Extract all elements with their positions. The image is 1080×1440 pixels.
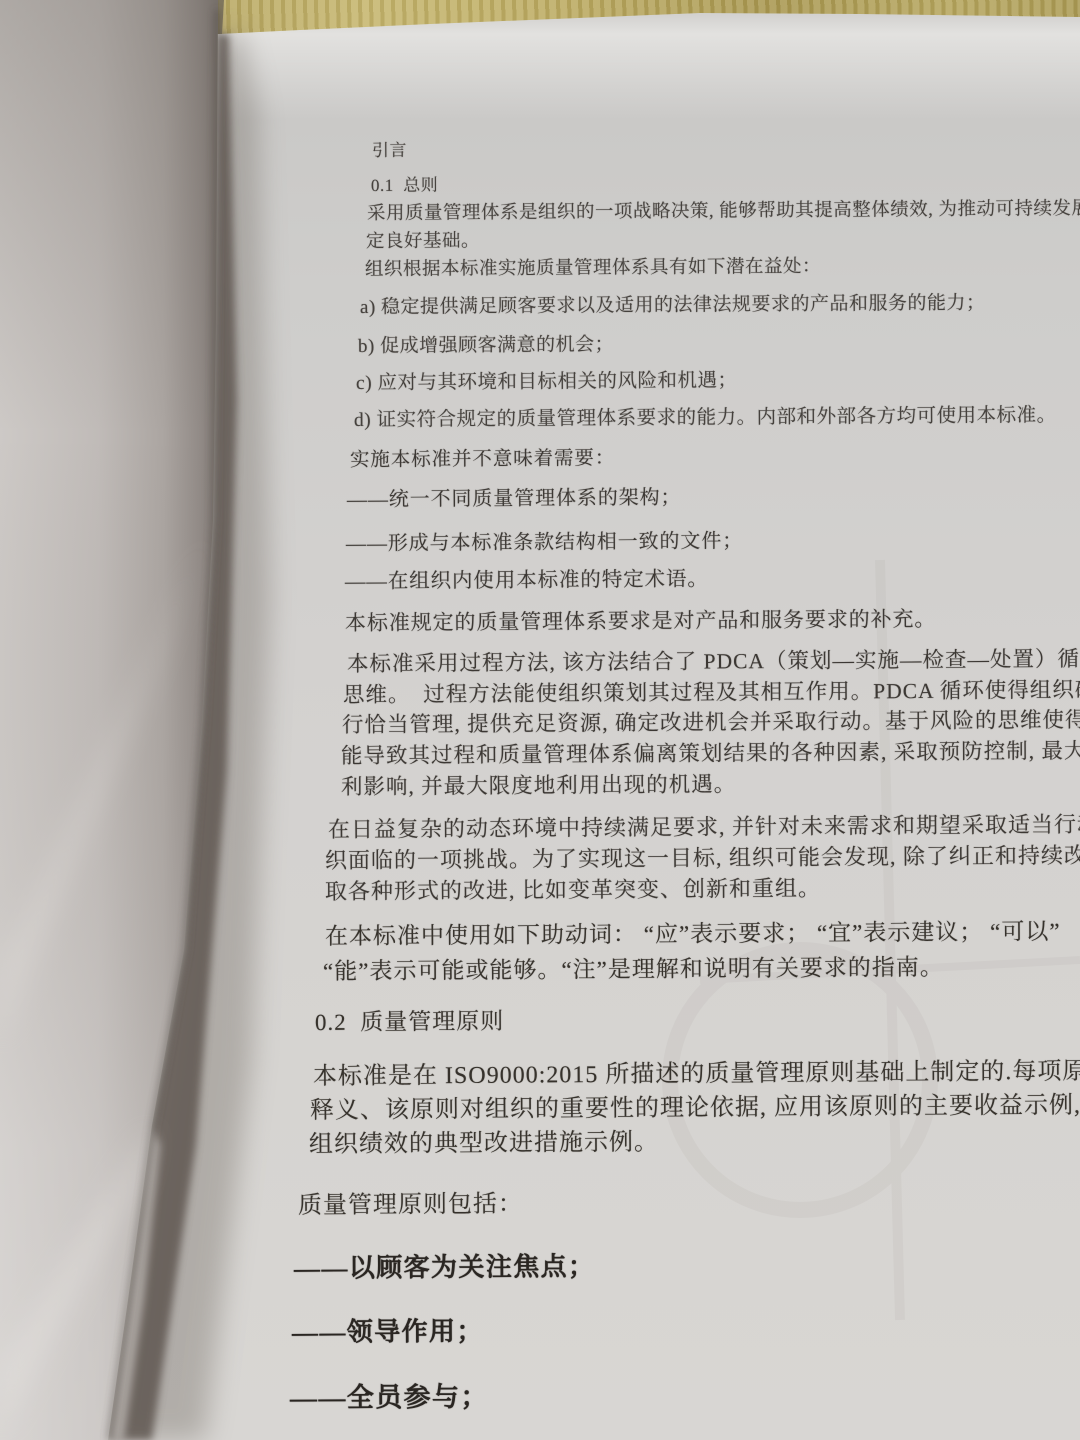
- para-principles-base-line2: 释义、该原则对组织的重要性的理论依据, 应用该原则的主要收益示例,: [310, 1093, 1080, 1126]
- desk-wood-strip: [0, 0, 1080, 40]
- para-pdca-line3: 行恰当管理, 提供充足资源, 确定改进机会并采取行动。基于风险的思维使得组织: [342, 707, 1080, 737]
- lifted-page: [0, 0, 218, 1440]
- intro-heading: 引言: [372, 141, 407, 161]
- crease-highlight-1: [0, 525, 213, 1045]
- benefit-d: d) 证实符合规定的质量管理体系要求的能力。内部和外部各方均可使用本标准。: [354, 405, 1057, 432]
- para-verbs-line2: “能”表示可能或能够。“注”是理解和说明有关要求的指南。: [323, 955, 944, 986]
- principle-engagement: ——全员参与；: [290, 1382, 489, 1414]
- gutter-shadow-core: [108, 34, 237, 1440]
- lifted-page-shading: [0, 0, 218, 1440]
- para-pdca-line1: 本标准采用过程方法, 该方法结合了 PDCA（策划—实施—检查—处置）循环与基: [347, 646, 1080, 676]
- para-adoption-line2: 定良好基础。: [366, 231, 480, 253]
- benefit-a: a) 稳定提供满足顾客要求以及适用的法律法规要求的产品和服务的能力；: [360, 293, 986, 319]
- section-0-2-heading: 0.2 质量管理原则: [315, 1009, 504, 1037]
- wood-grain-texture: [0, 0, 1080, 40]
- principle-leadership: ——领导作用；: [292, 1317, 484, 1348]
- section-0-1-heading: 0.1 总则: [371, 176, 438, 196]
- benefit-c: c) 应对与其环境和目标相关的风险和机遇；: [356, 370, 738, 395]
- para-not-imply-lead: 实施本标准并不意味着需要：: [350, 448, 615, 472]
- para-dynamic-line2: 织面临的一项挑战。为了实现这一目标, 组织可能会发现, 除了纠正和持续改进: [325, 843, 1080, 874]
- para-benefits-lead: 组织根据本标准实施质量管理体系具有如下潜在益处：: [365, 257, 821, 281]
- para-principles-base-line1: 本标准是在 ISO9000:2015 所描述的质量管理原则基础上制定的.每项原: [313, 1059, 1080, 1092]
- gutter-penumbra: [108, 34, 270, 1440]
- not-imply-item-3: ——在组织内使用本标准的特定术语。: [345, 568, 709, 594]
- para-pdca-line4: 能导致其过程和质量管理体系偏离策划结果的各种因素, 采取预防控制, 最大限: [341, 739, 1080, 769]
- crease-highlight-2: [0, 1125, 152, 1435]
- principle-customer-focus: ——以顾客为关注焦点；: [294, 1252, 596, 1284]
- para-principles-lead: 质量管理原则包括：: [298, 1191, 523, 1220]
- para-verbs-line1: 在本标准中使用如下助动词： “应”表示要求； “宜”表示建议； “可以”: [325, 919, 1061, 951]
- curled-left-page: [0, 0, 340, 1440]
- para-adoption-line1: 采用质量管理体系是组织的一项战略决策, 能够帮助其提高整体绩效, 为推动可持续发…: [367, 199, 1080, 225]
- photo-of-open-standard-document: 引言 0.1 总则 采用质量管理体系是组织的一项战略决策, 能够帮助其提高整体绩…: [0, 0, 1080, 1440]
- fold-edge-line: [109, 10, 217, 1440]
- para-dynamic-line1: 在日益复杂的动态环境中持续满足要求, 并针对未来需求和期望采取适当行动: [328, 812, 1080, 843]
- benefit-b: b) 促成增强顾客满意的机会；: [358, 334, 614, 358]
- edge-highlight-bottom: [108, 1128, 160, 1440]
- para-pdca-line2: 思维。 过程方法能使组织策划其过程及其相互作用。PDCA 循环使得组织确保其: [343, 677, 1080, 707]
- not-imply-item-2: ——形成与本标准条款结构相一致的文件；: [346, 530, 743, 556]
- para-principles-base-line3: 组织绩效的典型改进措施示例。: [309, 1130, 659, 1160]
- para-dynamic-line3: 取各种形式的改进, 比如变革突变、创新和重组。: [325, 876, 821, 905]
- para-supplement: 本标准规定的质量管理体系要求是对产品和服务要求的补充。: [345, 607, 936, 635]
- para-pdca-line5: 利影响, 并最大限度地利用出现的机遇。: [341, 772, 736, 799]
- not-imply-item-1: ——统一不同质量管理体系的架构；: [347, 487, 682, 512]
